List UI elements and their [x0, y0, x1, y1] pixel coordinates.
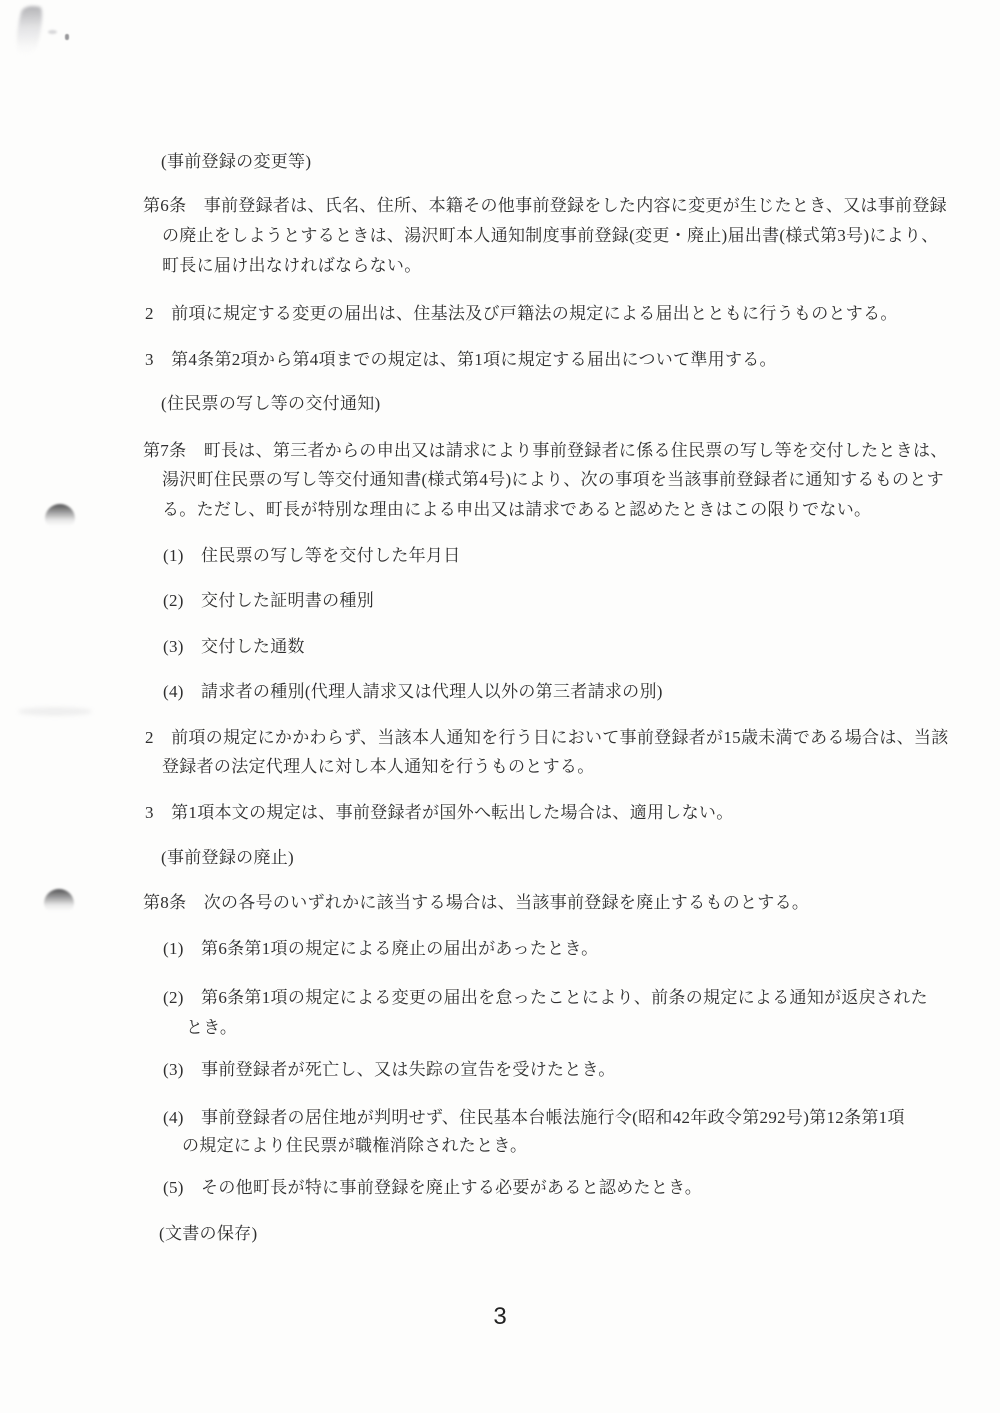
article-8-item-5: (5) その他町長が特に事前登録を廃止する必要があると認めたとき。	[163, 1177, 702, 1199]
article-8-item-2-line-2: とき。	[186, 1017, 237, 1039]
article-7-paragraph-2-line-1: 2 前項の規定にかかわらず、当該本人通知を行う日において事前登録者が15歳未満で…	[145, 727, 949, 749]
article-7-line-1: 第7条 町長は、第三者からの申出又は請求により事前登録者に係る住民票の写し等を交…	[143, 440, 948, 462]
article-8-item-1: (1) 第6条第1項の規定による廃止の届出があったとき。	[163, 938, 598, 960]
article-7-line-2: 湯沢町住民票の写し等交付通知書(様式第4号)により、次の事項を当該事前登録者に通…	[162, 469, 944, 491]
scan-speck	[48, 30, 57, 34]
article-7-line-3: る。ただし、町長が特別な理由による申出又は請求であると認めたときはこの限りでない…	[162, 499, 871, 521]
article-7-item-4: (4) 請求者の種別(代理人請求又は代理人以外の第三者請求の別)	[163, 681, 663, 703]
article-8-item-2-line-1: (2) 第6条第1項の規定による変更の届出を怠ったことにより、前条の規定による通…	[163, 987, 928, 1009]
article-8-item-3: (3) 事前登録者が死亡し、又は失踪の宣告を受けたとき。	[163, 1059, 616, 1081]
section-label-pre-registration-change: (事前登録の変更等)	[161, 151, 311, 173]
section-label-copy-issue-notice: (住民票の写し等の交付通知)	[161, 393, 381, 415]
article-7-item-3: (3) 交付した通数	[163, 636, 305, 658]
article-7-paragraph-2-line-2: 登録者の法定代理人に対し本人通知を行うものとする。	[162, 756, 595, 778]
article-6-paragraph-2: 2 前項に規定する変更の届出は、住基法及び戸籍法の規定による届出とともに行うもの…	[145, 303, 898, 325]
article-6-line-1: 第6条 事前登録者は、氏名、住所、本籍その他事前登録をした内容に変更が生じたとき…	[143, 195, 947, 217]
scan-streak	[18, 707, 92, 716]
section-label-pre-registration-abolition: (事前登録の廃止)	[161, 847, 294, 869]
document-page: (事前登録の変更等) 第6条 事前登録者は、氏名、住所、本籍その他事前登録をした…	[0, 0, 1000, 1413]
article-8-item-4-line-2: の規定により住民票が職権消除されたとき。	[182, 1135, 527, 1157]
article-8-item-4-line-1: (4) 事前登録者の居住地が判明せず、住民基本台帳法施行令(昭和42年政令第29…	[163, 1107, 905, 1129]
article-6-line-3: 町長に届け出なければならない。	[162, 255, 422, 277]
scan-smudge	[11, 3, 46, 57]
article-7-item-1: (1) 住民票の写し等を交付した年月日	[163, 545, 461, 567]
article-7-paragraph-3: 3 第1項本文の規定は、事前登録者が国外へ転出した場合は、適用しない。	[145, 802, 734, 824]
scan-speck	[65, 34, 69, 40]
article-8-line-1: 第8条 次の各号のいずれかに該当する場合は、当該事前登録を廃止するものとする。	[143, 892, 809, 914]
article-6-paragraph-3: 3 第4条第2項から第4項までの規定は、第1項に規定する届出について準用する。	[145, 349, 777, 371]
punch-hole-shadow	[45, 504, 75, 529]
article-7-item-2: (2) 交付した証明書の種別	[163, 590, 374, 612]
punch-hole-shadow	[44, 889, 74, 914]
article-6-line-2: の廃止をしようとするときは、湯沢町本人通知制度事前登録(変更・廃止)届出書(様式…	[162, 225, 939, 247]
section-label-document-preservation: (文書の保存)	[159, 1223, 257, 1245]
page-number: 3	[0, 1303, 1000, 1331]
